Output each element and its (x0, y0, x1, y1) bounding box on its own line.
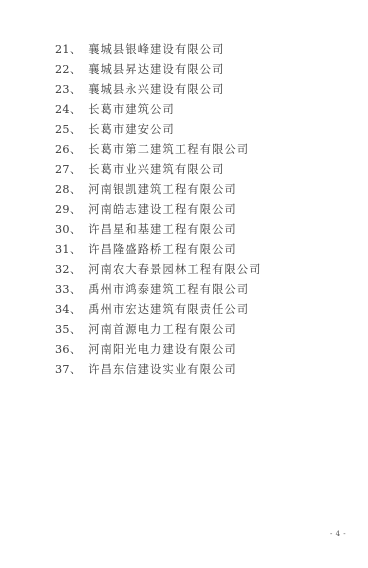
item-separator: 、 (70, 263, 82, 277)
company-name: 许昌东信建设实业有限公司 (88, 363, 237, 376)
item-number: 30 (55, 223, 70, 237)
company-name: 襄城县昇达建设有限公司 (88, 63, 224, 76)
item-separator: 、 (70, 243, 82, 257)
item-separator: 、 (70, 363, 82, 377)
item-number: 35 (55, 323, 70, 337)
item-separator: 、 (70, 143, 82, 157)
list-item: 30、许昌星和基建工程有限公司 (55, 223, 262, 243)
list-item: 28、河南银凯建筑工程有限公司 (55, 183, 262, 203)
list-item: 36、河南阳光电力建设有限公司 (55, 343, 262, 363)
company-name: 襄城县银峰建设有限公司 (88, 43, 224, 56)
list-item: 27、长葛市业兴建筑有限公司 (55, 163, 262, 183)
company-name: 禹州市鸿泰建筑工程有限公司 (88, 283, 249, 296)
item-number: 23 (55, 83, 70, 97)
company-name: 河南阳光电力建设有限公司 (88, 343, 237, 356)
item-separator: 、 (70, 223, 82, 237)
item-number: 22 (55, 63, 70, 77)
item-number: 29 (55, 203, 70, 217)
item-number: 37 (55, 363, 70, 377)
list-item: 33、禹州市鸿泰建筑工程有限公司 (55, 283, 262, 303)
item-separator: 、 (70, 303, 82, 317)
item-separator: 、 (70, 103, 82, 117)
item-separator: 、 (70, 323, 82, 337)
list-item: 29、河南皓志建设工程有限公司 (55, 203, 262, 223)
item-separator: 、 (70, 83, 82, 97)
item-number: 24 (55, 103, 70, 117)
company-name: 长葛市建筑公司 (88, 103, 175, 116)
item-number: 21 (55, 43, 70, 57)
list-item: 26、长葛市第二建筑工程有限公司 (55, 143, 262, 163)
list-item: 35、河南首源电力工程有限公司 (55, 323, 262, 343)
company-name: 河南首源电力工程有限公司 (88, 323, 237, 336)
list-item: 31、许昌隆盛路桥工程有限公司 (55, 243, 262, 263)
item-separator: 、 (70, 343, 82, 357)
company-name: 长葛市建安公司 (88, 123, 175, 136)
item-number: 27 (55, 163, 70, 177)
item-number: 28 (55, 183, 70, 197)
company-name: 许昌星和基建工程有限公司 (88, 223, 237, 236)
item-number: 34 (55, 303, 70, 317)
item-number: 25 (55, 123, 70, 137)
company-name: 长葛市第二建筑工程有限公司 (88, 143, 249, 156)
item-separator: 、 (70, 123, 82, 137)
item-number: 31 (55, 243, 70, 257)
item-separator: 、 (70, 283, 82, 297)
company-name: 河南银凯建筑工程有限公司 (88, 183, 237, 196)
company-name: 襄城县永兴建设有限公司 (88, 83, 224, 96)
item-separator: 、 (70, 203, 82, 217)
list-item: 25、长葛市建安公司 (55, 123, 262, 143)
company-name: 禹州市宏达建筑有限责任公司 (88, 303, 249, 316)
company-name: 许昌隆盛路桥工程有限公司 (88, 243, 237, 256)
list-item: 21、襄城县银峰建设有限公司 (55, 43, 262, 63)
document-page: 21、襄城县银峰建设有限公司 22、襄城县昇达建设有限公司 23、襄城县永兴建设… (0, 0, 368, 568)
company-name: 河南皓志建设工程有限公司 (88, 203, 237, 216)
list-item: 34、禹州市宏达建筑有限责任公司 (55, 303, 262, 323)
company-list: 21、襄城县银峰建设有限公司 22、襄城县昇达建设有限公司 23、襄城县永兴建设… (55, 43, 262, 383)
item-number: 32 (55, 263, 70, 277)
item-number: 26 (55, 143, 70, 157)
item-separator: 、 (70, 63, 82, 77)
list-item: 32、河南农大春景园林工程有限公司 (55, 263, 262, 283)
item-number: 33 (55, 283, 70, 297)
item-separator: 、 (70, 163, 82, 177)
company-name: 长葛市业兴建筑有限公司 (88, 163, 224, 176)
page-number: - 4 - (330, 530, 346, 538)
company-name: 河南农大春景园林工程有限公司 (88, 263, 261, 276)
list-item: 22、襄城县昇达建设有限公司 (55, 63, 262, 83)
item-separator: 、 (70, 43, 82, 57)
list-item: 24、长葛市建筑公司 (55, 103, 262, 123)
list-item: 37、许昌东信建设实业有限公司 (55, 363, 262, 383)
item-number: 36 (55, 343, 70, 357)
item-separator: 、 (70, 183, 82, 197)
list-item: 23、襄城县永兴建设有限公司 (55, 83, 262, 103)
